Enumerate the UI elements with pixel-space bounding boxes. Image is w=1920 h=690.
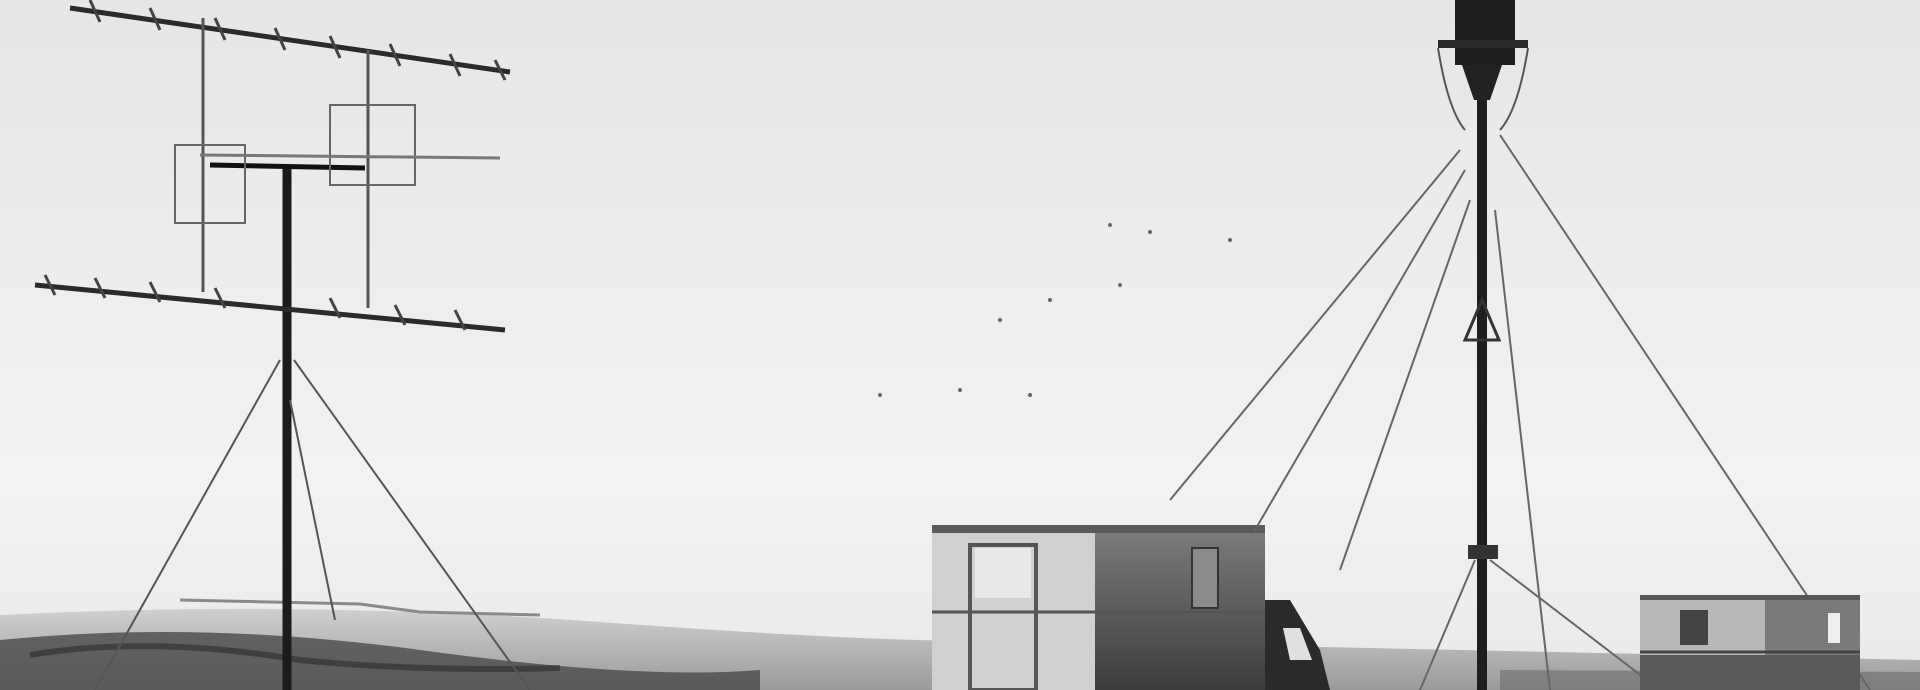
equipment-cabin-main [932, 525, 1330, 690]
scene [0, 0, 1920, 690]
equipment-cabin-secondary [1640, 595, 1860, 690]
yagi-antenna-mast [35, 0, 530, 690]
radar-installation-photo: Black-and-white historical photograph of… [0, 0, 1920, 690]
